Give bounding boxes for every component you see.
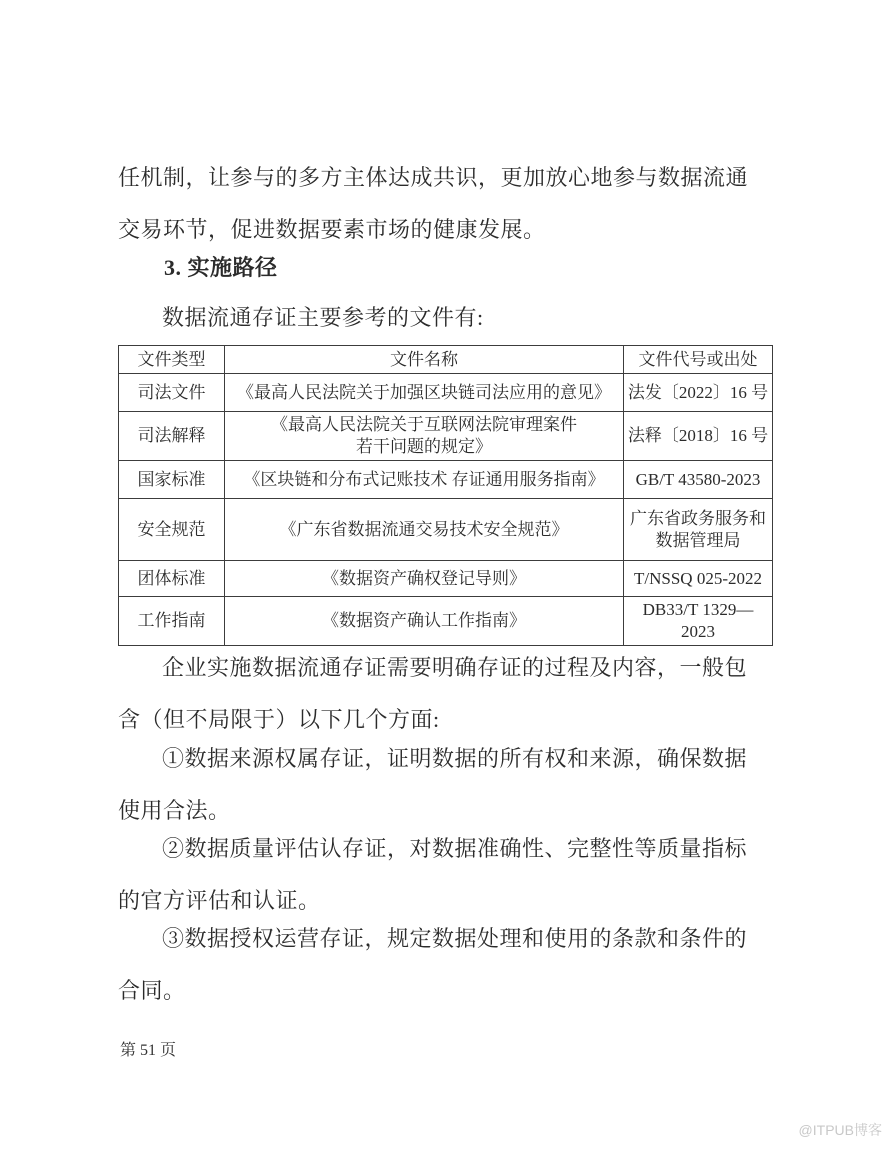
table-row: 团体标准 《数据资产确权登记导则》 T/NSSQ 025-2022: [119, 561, 773, 597]
cell-file-type: 工作指南: [119, 597, 225, 646]
cell-file-type: 团体标准: [119, 561, 225, 597]
cell-file-name: 《最高人民法院关于互联网法院审理案件 若干问题的规定》: [225, 412, 624, 461]
cell-file-code: T/NSSQ 025-2022: [624, 561, 773, 597]
list-item-2-paragraph: ②数据质量评估认存证，对数据准确性、完整性等质量指标 的官方评估和认证。: [118, 823, 778, 927]
table-row: 国家标准 《区块链和分布式记账技术 存证通用服务指南》 GB/T 43580-2…: [119, 461, 773, 499]
list-item-3-paragraph: ③数据授权运营存证，规定数据处理和使用的条款和条件的 合同。: [118, 913, 778, 1017]
cell-file-name: 《广东省数据流通交易技术安全规范》: [225, 499, 624, 561]
cell-file-code: DB33/T 1329—2023: [624, 597, 773, 646]
table-header-row: 文件类型 文件名称 文件代号或出处: [119, 346, 773, 374]
document-page: 任机制，让参与的多方主体达成共识，更加放心地参与数据流通 交易环节，促进数据要素…: [0, 0, 890, 1151]
cell-file-type: 安全规范: [119, 499, 225, 561]
section-heading: 3. 实施路径: [118, 242, 778, 294]
cell-file-name: 《数据资产确权登记导则》: [225, 561, 624, 597]
continued-paragraph: 任机制，让参与的多方主体达成共识，更加放心地参与数据流通 交易环节，促进数据要素…: [118, 152, 778, 256]
table-row: 安全规范 《广东省数据流通交易技术安全规范》 广东省政务服务和 数据管理局: [119, 499, 773, 561]
cell-file-type: 国家标准: [119, 461, 225, 499]
cell-file-code: GB/T 43580-2023: [624, 461, 773, 499]
overview-paragraph: 企业实施数据流通存证需要明确存证的过程及内容，一般包 含（但不局限于）以下几个方…: [118, 642, 778, 746]
cell-file-type: 司法文件: [119, 374, 225, 412]
watermark: @ITPUB博客: [799, 1120, 882, 1140]
cell-file-code: 广东省政务服务和 数据管理局: [624, 499, 773, 561]
table-row: 司法解释 《最高人民法院关于互联网法院审理案件 若干问题的规定》 法释〔2018…: [119, 412, 773, 461]
header-file-code: 文件代号或出处: [624, 346, 773, 374]
cell-file-code: 法释〔2018〕16 号: [624, 412, 773, 461]
cell-file-name: 《区块链和分布式记账技术 存证通用服务指南》: [225, 461, 624, 499]
cell-file-code: 法发〔2022〕16 号: [624, 374, 773, 412]
cell-file-name: 《数据资产确认工作指南》: [225, 597, 624, 646]
reference-documents-table: 文件类型 文件名称 文件代号或出处 司法文件 《最高人民法院关于加强区块链司法应…: [118, 345, 773, 646]
cell-file-type: 司法解释: [119, 412, 225, 461]
cell-file-name: 《最高人民法院关于加强区块链司法应用的意见》: [225, 374, 624, 412]
table-row: 工作指南 《数据资产确认工作指南》 DB33/T 1329—2023: [119, 597, 773, 646]
table-row: 司法文件 《最高人民法院关于加强区块链司法应用的意见》 法发〔2022〕16 号: [119, 374, 773, 412]
header-file-type: 文件类型: [119, 346, 225, 374]
table-lead-paragraph: 数据流通存证主要参考的文件有:: [118, 292, 778, 344]
header-file-name: 文件名称: [225, 346, 624, 374]
page-number: 第 51 页: [120, 1040, 176, 1062]
list-item-1-paragraph: ①数据来源权属存证，证明数据的所有权和来源，确保数据 使用合法。: [118, 733, 778, 837]
